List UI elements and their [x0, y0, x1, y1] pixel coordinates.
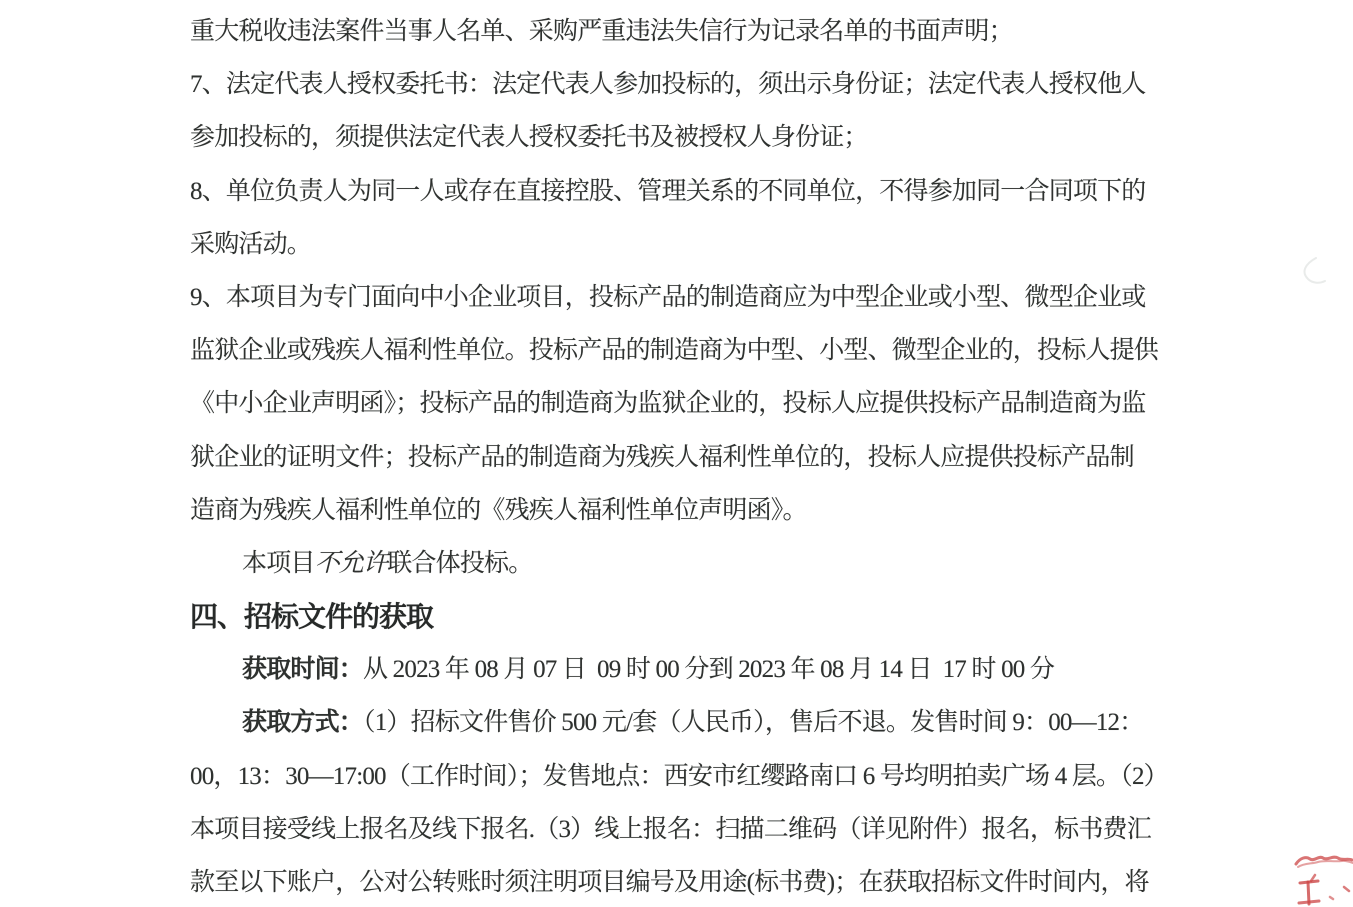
red-stamp-fragment [1288, 842, 1353, 907]
scanned-document-page: 重大税收违法案件当事人名单、采购严重违法失信行为记录名单的书面声明；7、法定代表… [0, 0, 1353, 907]
text-line: 本项目接受线上报名及线下报名.（3）线上报名：扫描二维码（详见附件）报名，标书费… [190, 803, 1353, 856]
text-line: 《中小企业声明函》；投标产品的制造商为监狱企业的，投标人应提供投标产品制造商为监 [190, 377, 1353, 430]
text-line: 采购活动。 [190, 218, 1353, 271]
text-line: 获取方式：（1）招标文件售价 500 元/套（人民币），售后不退。发售时间 9：… [190, 696, 1353, 749]
text-segment: 从 2023 年 08 月 07 日 09 时 00 分到 2023 年 08 … [363, 656, 1054, 683]
text-segment: 获取时间： [242, 656, 363, 683]
text-line: 狱企业的证明文件；投标产品的制造商为残疾人福利性单位的，投标人应提供投标产品制 [190, 431, 1353, 484]
text-segment: 本项目接受线上报名及线下报名.（3）线上报名：扫描二维码（详见附件）报名，标书费… [190, 816, 1151, 843]
text-segment: 参加投标的，须提供法定代表人授权委托书及被授权人身份证； [190, 124, 868, 151]
section-heading: 四、招标文件的获取 [190, 590, 1353, 643]
text-segment: 采购活动。 [190, 231, 311, 258]
text-segment: 00，13：30—17:00（工作时间）；发售地点：西安市红缨路南口 6 号均明… [190, 763, 1168, 790]
text-segment: 联合体投标。 [387, 550, 532, 577]
text-line: 参加投标的，须提供法定代表人授权委托书及被授权人身份证； [190, 111, 1353, 164]
text-segment: 获取方式： [242, 709, 363, 736]
text-segment: 本项目 [242, 550, 315, 577]
document-text-block: 重大税收违法案件当事人名单、采购严重违法失信行为记录名单的书面声明；7、法定代表… [190, 5, 1353, 907]
text-segment: 四、招标文件的获取 [190, 601, 433, 632]
text-line: 款至以下账户，公对公转账时须注明项目编号及用途(标书费)；在获取招标文件时间内，… [190, 856, 1353, 907]
text-segment: 不允许 [315, 550, 388, 577]
text-segment: 监狱企业或残疾人福利性单位。投标产品的制造商为中型、小型、微型企业的，投标人提供 [190, 337, 1158, 364]
text-segment: 狱企业的证明文件；投标产品的制造商为残疾人福利性单位的，投标人应提供投标产品制 [190, 444, 1134, 471]
text-line: 7、法定代表人授权委托书：法定代表人参加投标的，须出示身份证；法定代表人授权他人 [190, 58, 1353, 111]
text-segment: 7、法定代表人授权委托书：法定代表人参加投标的，须出示身份证；法定代表人授权他人 [190, 71, 1146, 98]
text-segment: 8、单位负责人为同一人或存在直接控股、管理关系的不同单位，不得参加同一合同项下的 [190, 178, 1146, 205]
text-segment: 重大税收违法案件当事人名单、采购严重违法失信行为记录名单的书面声明； [190, 18, 1013, 45]
text-segment: （1）招标文件售价 500 元/套（人民币），售后不退。发售时间 9：00—12… [363, 709, 1143, 736]
text-line: 00，13：30—17:00（工作时间）；发售地点：西安市红缨路南口 6 号均明… [190, 750, 1353, 803]
text-line: 获取时间：从 2023 年 08 月 07 日 09 时 00 分到 2023 … [190, 643, 1353, 696]
text-line: 8、单位负责人为同一人或存在直接控股、管理关系的不同单位，不得参加同一合同项下的 [190, 165, 1353, 218]
text-line: 重大税收违法案件当事人名单、采购严重违法失信行为记录名单的书面声明； [190, 5, 1353, 58]
text-segment: 款至以下账户，公对公转账时须注明项目编号及用途(标书费)；在获取招标文件时间内，… [190, 869, 1149, 896]
text-line: 监狱企业或残疾人福利性单位。投标产品的制造商为中型、小型、微型企业的，投标人提供 [190, 324, 1353, 377]
text-segment: 《中小企业声明函》；投标产品的制造商为监狱企业的，投标人应提供投标产品制造商为监 [190, 390, 1146, 417]
pencil-mark [1292, 256, 1326, 288]
text-segment: 造商为残疾人福利性单位的《残疾人福利性单位声明函》。 [190, 497, 807, 524]
text-line: 造商为残疾人福利性单位的《残疾人福利性单位声明函》。 [190, 484, 1353, 537]
text-line: 9、本项目为专门面向中小企业项目，投标产品的制造商应为中型企业或小型、微型企业或 [190, 271, 1353, 324]
text-segment: 9、本项目为专门面向中小企业项目，投标产品的制造商应为中型企业或小型、微型企业或 [190, 284, 1146, 311]
text-line: 本项目不允许联合体投标。 [190, 537, 1353, 590]
